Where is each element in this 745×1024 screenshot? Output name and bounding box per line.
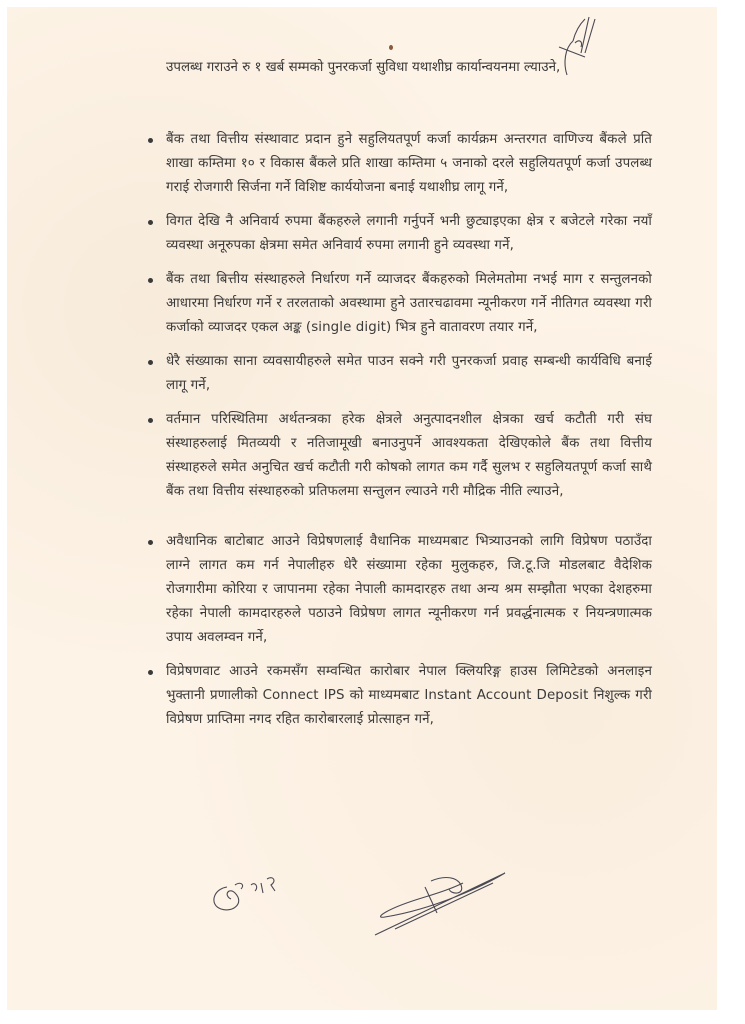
bullet-list: बैंक तथा वित्तीय संस्थावाट प्रदान हुने स… <box>166 128 652 732</box>
bullet-item-mandatory-investment: विगत देखि नै अनिवार्य रुपमा बैंकहरुले लग… <box>166 210 652 258</box>
bullet-item-remittance-cost: अवैधानिक बाटोबाट आउने विप्रेषणलाई वैधानि… <box>166 530 652 650</box>
signature-bottom-left-icon <box>205 865 300 920</box>
bullet-item-refinance-procedure: धेरै संख्याका साना व्यवसायीहरुले समेत पा… <box>166 350 652 398</box>
bullet-item-monetary-policy: वर्तमान परिस्थितिमा अर्थतन्त्रका हरेक क्… <box>166 408 652 504</box>
scanned-page: उपलब्ध गराउने रु १ खर्ब सम्मको पुनरकर्जा… <box>7 7 717 1010</box>
signature-bottom-right-icon <box>365 865 515 937</box>
lead-paragraph: उपलब्ध गराउने रु १ खर्ब सम्मको पुनरकर्जा… <box>166 56 652 80</box>
bullet-item-concessional-loan: बैंक तथा वित्तीय संस्थावाट प्रदान हुने स… <box>166 128 652 200</box>
ink-spot <box>389 45 393 50</box>
bullet-item-interest-rate: बैंक तथा बित्तीय संस्थाहरुले निर्धारण गर… <box>166 268 652 340</box>
bullet-item-connect-ips: विप्रेषणवाट आउने रकमसँग सम्वन्धित कारोबा… <box>166 660 652 732</box>
